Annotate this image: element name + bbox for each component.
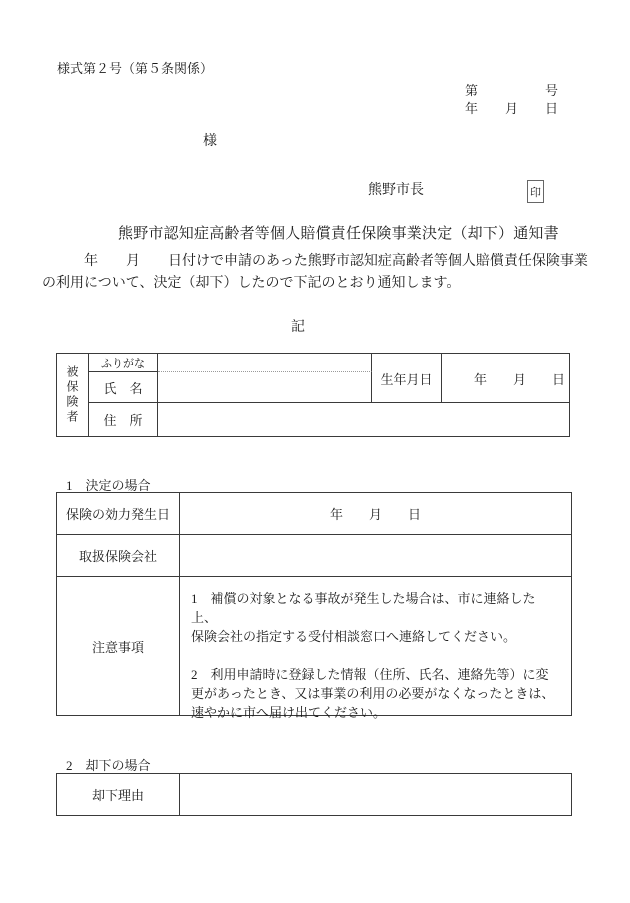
document-number-line: 第 号 (465, 82, 558, 100)
number-suffix: 号 (545, 82, 558, 100)
effective-date-value-field: 年 月 日 (180, 493, 571, 535)
address-value-field (158, 403, 569, 436)
insured-person-table: 被保険者 ふりがな 氏 名 生年月日 年 月 日 住 所 (56, 353, 570, 437)
number-prefix: 第 (465, 82, 478, 100)
address-label: 住 所 (89, 403, 158, 436)
rejection-reason-label: 却下理由 (57, 774, 180, 815)
notes-label: 注意事項 (57, 577, 180, 715)
sender-name: 熊野市長 (368, 181, 424, 201)
rejection-reason-value-field (180, 774, 571, 815)
birthdate-label: 生年月日 (372, 354, 442, 403)
birthdate-value-field: 年 月 日 (442, 354, 569, 403)
insured-group-label: 被保険者 (57, 354, 89, 436)
document-number-block: 第 号 年 月 日 (465, 82, 558, 118)
seal-placeholder-box: 印 (527, 180, 544, 203)
addressee-honorific: 様 (203, 132, 217, 152)
date-day-label: 日 (545, 100, 558, 118)
form-number: 様式第２号（第５条関係） (57, 60, 213, 78)
date-month-label: 月 (505, 100, 518, 118)
furigana-label: ふりがな (89, 354, 158, 372)
date-year-label: 年 (465, 100, 478, 118)
rejection-table: 却下理由 (56, 773, 572, 816)
document-page: 様式第２号（第５条関係） 第 号 年 月 日 様 熊野市長 印 熊野市認知症高齢… (0, 0, 630, 903)
furigana-value-field (158, 354, 372, 372)
insurance-company-label: 取扱保険会社 (57, 535, 180, 577)
decision-table: 保険の効力発生日 年 月 日 取扱保険会社 注意事項 1 補償の対象となる事故が… (56, 492, 572, 716)
ki-marker: 記 (291, 316, 305, 336)
notes-value-field: 1 補償の対象となる事故が発生した場合は、市に連絡した上、 保険会社の指定する受… (180, 577, 571, 715)
document-date-line: 年 月 日 (465, 100, 558, 118)
section2-heading: 2 却下の場合 (66, 755, 151, 774)
insurance-company-value-field (180, 535, 571, 577)
body-paragraph: 年 月 日付けで申請のあった熊野市認知症高齢者等個人賠償責任保険事業 の利用につ… (42, 251, 608, 295)
name-value-field (158, 372, 372, 403)
document-title: 熊野市認知症高齢者等個人賠償責任保険事業決定（却下）通知書 (118, 222, 559, 243)
seal-character: 印 (530, 184, 541, 200)
name-label: 氏 名 (89, 372, 158, 403)
effective-date-label: 保険の効力発生日 (57, 493, 180, 535)
